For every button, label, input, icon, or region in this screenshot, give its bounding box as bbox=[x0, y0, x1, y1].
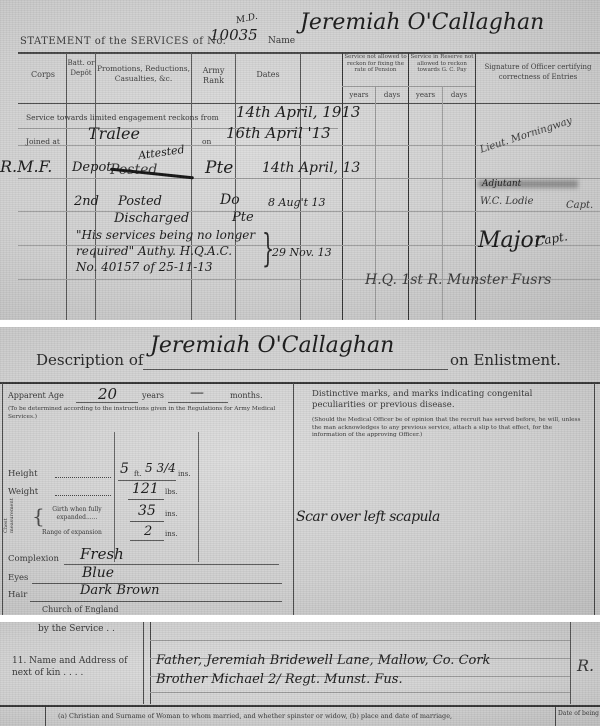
girth-label: Girth when fully expanded...... bbox=[42, 506, 112, 522]
measure-divider bbox=[198, 432, 199, 562]
col-batt: Batt. or Depôt bbox=[67, 58, 95, 78]
weight-underline bbox=[128, 499, 164, 500]
hair-value: Dark Brown bbox=[80, 583, 160, 598]
range-ins: 2 bbox=[144, 524, 152, 539]
ins-label: ins. bbox=[178, 470, 191, 478]
entry-promotion: Posted bbox=[118, 194, 162, 209]
kin-label: 11. Name and Address of next of kin . . … bbox=[12, 655, 140, 679]
entry-batt: Depot bbox=[72, 160, 112, 175]
lbs-label: lbs. bbox=[165, 488, 178, 496]
col-dates: Dates bbox=[236, 70, 300, 80]
kin-divider bbox=[570, 622, 571, 704]
service-number: 10035 bbox=[210, 26, 258, 44]
weight-lbs: 121 bbox=[132, 481, 159, 497]
joined-on-label: on bbox=[202, 137, 211, 146]
entry-date: 8 Aug't 13 bbox=[268, 196, 326, 209]
unit-signature: H.Q. 1st R. Munster Fusrs bbox=[365, 272, 551, 288]
joined-at-label: Joined at bbox=[26, 137, 60, 146]
ins-label: ins. bbox=[165, 530, 178, 538]
footer-divider bbox=[45, 707, 46, 726]
col-signature: Signature of Officer certifying correctn… bbox=[478, 62, 598, 82]
next-of-kin-panel: by the Service . . 11. Name and Address … bbox=[0, 622, 600, 726]
range-label: Range of expansion bbox=[42, 529, 102, 536]
complexion-label: Complexion bbox=[8, 554, 59, 564]
ruled-line bbox=[18, 211, 600, 212]
col-rank: Army Rank bbox=[192, 66, 235, 86]
entry-promotion: Discharged bbox=[114, 211, 189, 226]
name-underline bbox=[143, 369, 448, 370]
church-label: Church of England bbox=[42, 605, 118, 614]
height-ft: 5 bbox=[120, 461, 129, 477]
girth-ins: 35 bbox=[138, 503, 156, 519]
kin-line-1: Father, Jeremiah Bridewell Lane, Mallow,… bbox=[156, 653, 490, 668]
description-title-suffix: on Enlistment. bbox=[450, 351, 561, 369]
frame-left bbox=[2, 383, 3, 615]
number-annotation: M.D. bbox=[235, 12, 258, 26]
smudged-ink bbox=[478, 180, 578, 188]
service-statement-panel: STATEMENT of the SERVICES of No. M.D. 10… bbox=[0, 0, 600, 320]
joined-at-value: Tralee bbox=[88, 124, 140, 143]
col-reserve: Service in Reserve not allowed to reckon… bbox=[409, 54, 475, 74]
col-pension: Service not allowed to reckon for fixing… bbox=[343, 54, 408, 74]
description-panel: Description of Jeremiah O'Callaghan on E… bbox=[0, 327, 600, 615]
subheader-rule bbox=[342, 86, 475, 87]
officer-signature: Lieut. Morningway bbox=[479, 115, 574, 155]
age-years: 20 bbox=[98, 385, 117, 403]
months-label: months. bbox=[230, 391, 263, 400]
entry-corps: R.M.F. bbox=[0, 157, 52, 176]
height-label: Height bbox=[8, 469, 38, 479]
chest-label: Chest measurement bbox=[4, 499, 15, 533]
entry-discharge-reason: "His services being no longer required" … bbox=[76, 227, 256, 275]
ruled-line bbox=[150, 640, 570, 641]
frame-divider bbox=[293, 383, 294, 615]
marks-note: (Should the Medical Officer be of opinio… bbox=[312, 417, 584, 440]
entry-date: 29 Nov. 13 bbox=[272, 246, 332, 259]
officer-title: Capt. bbox=[566, 200, 593, 211]
footer-divider bbox=[555, 707, 556, 726]
entry-rank: Pte bbox=[232, 210, 254, 225]
date-of-being-label: Date of being bbox=[558, 710, 599, 717]
entry-date: 14th April, 13 bbox=[262, 160, 360, 176]
weight-label: Weight bbox=[8, 487, 38, 497]
years-label: years bbox=[142, 391, 164, 400]
entry-batt: 2nd bbox=[74, 194, 99, 209]
range-underline bbox=[130, 540, 164, 541]
months-underline bbox=[168, 402, 228, 403]
marks-value: Scar over left scapula bbox=[296, 509, 440, 525]
section-rule bbox=[0, 705, 600, 707]
age-months: — bbox=[190, 385, 204, 401]
service-from-label: Service towards limited engagement recko… bbox=[26, 113, 219, 122]
margin-mark: R. bbox=[577, 656, 594, 675]
entry-rank: Do bbox=[220, 192, 240, 208]
hair-underline bbox=[30, 601, 282, 602]
eyes-value: Blue bbox=[82, 565, 114, 581]
eyes-label: Eyes bbox=[8, 573, 28, 583]
kin-divider bbox=[143, 622, 144, 704]
col-promotions: Promotions, Reductions, Casualties, &c. bbox=[96, 64, 191, 84]
ins-label: ins. bbox=[165, 510, 178, 518]
col-corps: Corps bbox=[20, 70, 66, 80]
marriage-note: (a) Christian and Surname of Woman to wh… bbox=[58, 712, 452, 720]
officer-signature: W.C. Lodie bbox=[480, 196, 534, 207]
ruled-line bbox=[150, 692, 570, 693]
age-note: (To be determined according to the instr… bbox=[8, 405, 288, 421]
soldier-name: Jeremiah O'Callaghan bbox=[300, 10, 544, 35]
service-from-value: 14th April, 1913 bbox=[236, 103, 360, 121]
complexion-value: Fresh bbox=[80, 545, 124, 563]
header-top-rule bbox=[18, 52, 600, 54]
hair-label: Hair bbox=[8, 590, 27, 600]
by-service-label: by the Service . . bbox=[38, 624, 115, 634]
girth-underline bbox=[130, 521, 164, 522]
age-label: Apparent Age bbox=[8, 391, 64, 400]
height-in: 5 3/4 bbox=[145, 461, 176, 475]
statement-title: STATEMENT of the SERVICES of No. bbox=[20, 36, 226, 47]
ft-label: ft. bbox=[134, 470, 142, 478]
leader-dots bbox=[55, 495, 111, 496]
frame-top bbox=[0, 382, 600, 384]
description-name: Jeremiah O'Callaghan bbox=[150, 333, 394, 358]
kin-line-2: Brother Michael 2/ Regt. Munst. Fus. bbox=[156, 672, 403, 687]
name-label: Name bbox=[268, 36, 295, 46]
frame-right bbox=[594, 383, 595, 615]
col-reserve-days: days bbox=[443, 90, 475, 100]
measure-divider bbox=[114, 432, 115, 562]
col-pension-years: years bbox=[343, 90, 375, 100]
leader-dots bbox=[55, 477, 111, 478]
entry-rank: Pte bbox=[205, 158, 233, 178]
marks-heading: Distinctive marks, and marks indicating … bbox=[312, 389, 582, 411]
joined-on-value: 16th April '13 bbox=[226, 124, 331, 142]
col-pension-days: days bbox=[376, 90, 408, 100]
col-reserve-years: years bbox=[409, 90, 442, 100]
description-title-prefix: Description of bbox=[36, 351, 143, 369]
